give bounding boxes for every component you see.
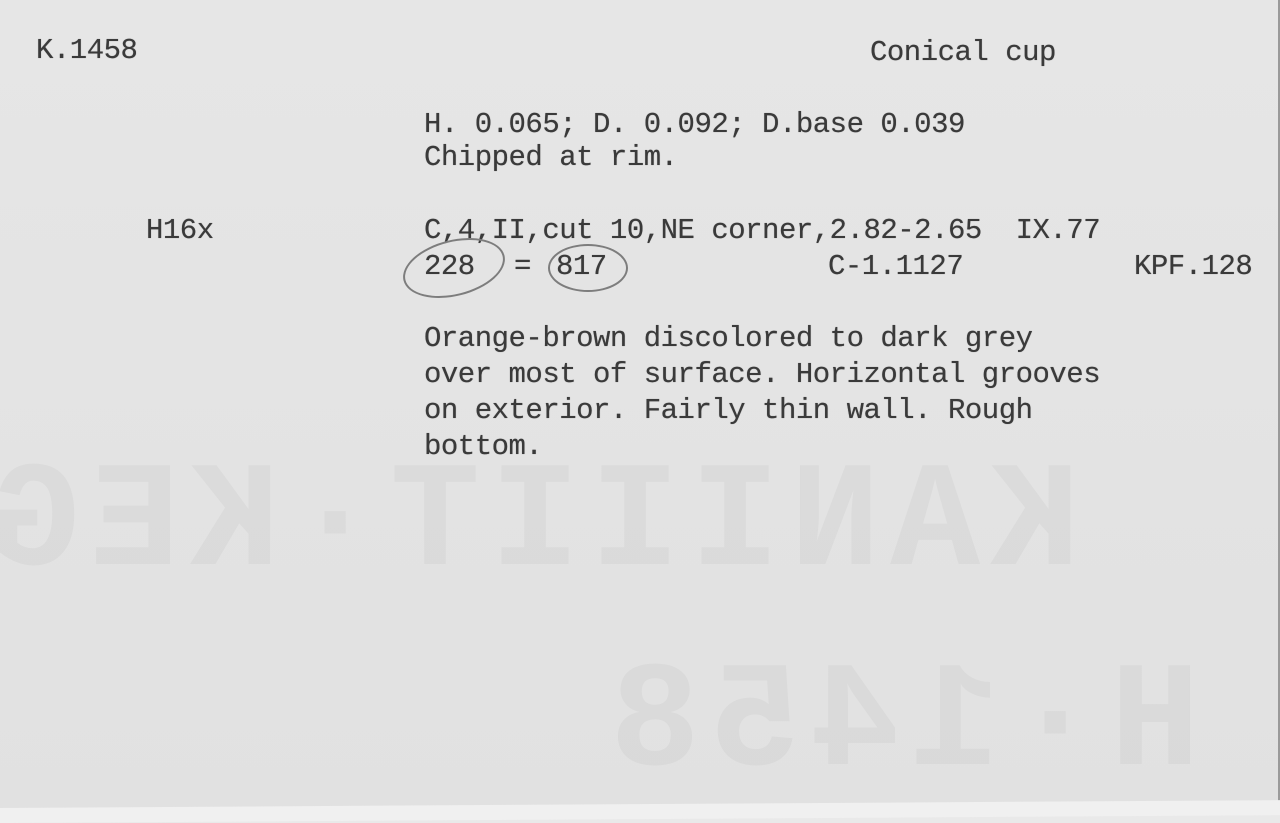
description-line: over most of surface. Horizontal grooves [424,358,1100,392]
pencil-circle-right [548,244,628,292]
side-code: H16x [146,214,214,248]
condition: Chipped at rim. [424,141,678,175]
catalog-number: K.1458 [36,34,137,68]
findspot: C,4,II,cut 10,NE corner,2.82-2.65 IX.77 [424,214,1100,248]
number-middle: C-1.1127 [828,250,963,284]
index-card: KANIIIT·KEG H·1458 K.1458 Conical cup H.… [0,0,1280,810]
description-line: on exterior. Fairly thin wall. Rough [424,394,1033,428]
show-through-text-lower: H·1458 [600,640,1200,810]
description-line: Orange-brown discolored to dark grey [424,322,1033,356]
show-through-text-upper: KANIIIT·KEG [0,440,1080,610]
dimensions: H. 0.065; D. 0.092; D.base 0.039 [424,108,965,142]
description-line: bottom. [424,430,542,464]
object-type: Conical cup [870,36,1056,70]
number-right: KPF.128 [1134,250,1252,284]
equals-sign: = [514,250,531,284]
